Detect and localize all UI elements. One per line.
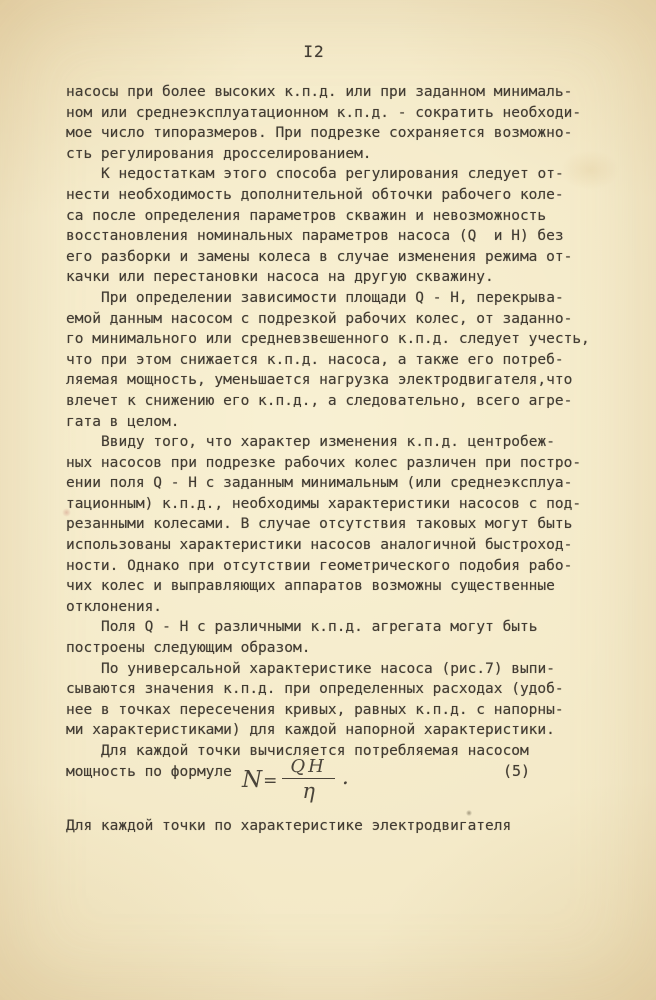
text-line: насосы при более высоких к.п.д. или при … (66, 82, 590, 103)
text-line: ении поля Q - Н с заданным минимальным (… (66, 473, 590, 494)
text-line: качки или перестановки насоса на другую … (66, 267, 590, 288)
text-line: использованы характеристики насосов анал… (66, 535, 590, 556)
text-line: гата в целом. (66, 412, 590, 433)
paragraph: Для каждой точки по характеристике элект… (66, 816, 511, 837)
text-line: его разборки и замены колеса в случае из… (66, 247, 590, 268)
paragraph: Поля Q - Н с различными к.п.д. агрегата … (66, 617, 590, 658)
text-line: са после определения параметров скважин … (66, 206, 590, 227)
text-line: сть регулирования дросселированием. (66, 144, 590, 165)
text-line: тационным) к.п.д., необходимы характерис… (66, 494, 590, 515)
equation-number: (5) (503, 762, 530, 780)
text-line: ных насосов при подрезке рабочих колес р… (66, 453, 590, 474)
text-line: При определении зависимости площади Q - … (66, 288, 590, 309)
formula-period: . (342, 765, 349, 790)
formula-fraction: QH η (282, 756, 334, 803)
paragraph: При определении зависимости площади Q - … (66, 288, 590, 432)
text-line: нее в точках пересечения кривых, равных … (66, 700, 590, 721)
text-line: емой данным насосом с подрезкой рабочих … (66, 309, 590, 330)
formula-denominator: η (302, 779, 315, 803)
paragraph: По универсальной характеристике насоса (… (66, 659, 590, 741)
text-line: мое число типоразмеров. При подрезке сох… (66, 123, 590, 144)
text-line: Поля Q - Н с различными к.п.д. агрегата … (66, 617, 590, 638)
text-line: Ввиду того, что характер изменения к.п.д… (66, 432, 590, 453)
text-line: го минимального или средневзвешенного к.… (66, 329, 590, 350)
text-line: ном или среднеэксплуатационном к.п.д. - … (66, 103, 590, 124)
text-line: ности. Однако при отсутствии геометричес… (66, 556, 590, 577)
text-line: ляемая мощность, уменьшается нагрузка эл… (66, 370, 590, 391)
formula: N = QH η . (5) (66, 756, 606, 814)
text-line: ми характеристиками) для каждой напорной… (66, 720, 590, 741)
text-line: нести необходимость дополнительной обточ… (66, 185, 590, 206)
paragraph: К недостаткам этого способа регулировани… (66, 164, 590, 288)
formula-lhs: N (242, 767, 262, 793)
text-line: чих колес и выправляющих аппаратов возмо… (66, 576, 590, 597)
text-line: Для каждой точки по характеристике элект… (66, 816, 511, 837)
text-line: К недостаткам этого способа регулировани… (66, 164, 590, 185)
text-line: резанными колесами. В случае отсутствия … (66, 514, 590, 535)
formula-expression: N = QH η . (242, 756, 349, 803)
text-line: отклонения. (66, 597, 590, 618)
page-number: I2 (0, 42, 642, 61)
text-line: сываются значения к.п.д. при определенны… (66, 679, 590, 700)
text-line: влечет к снижению его к.п.д., а следоват… (66, 391, 590, 412)
formula-numerator: QH (282, 756, 334, 779)
text-line: восстановления номинальных параметров на… (66, 226, 590, 247)
formula-equals: = (263, 771, 277, 791)
text-line: что при этом снижается к.п.д. насоса, а … (66, 350, 590, 371)
text-line: По универсальной характеристике насоса (… (66, 659, 590, 680)
body-text-after: Для каждой точки по характеристике элект… (66, 816, 511, 837)
text-line: построены следующим образом. (66, 638, 590, 659)
scanned-page: I2 насосы при более высоких к.п.д. или п… (0, 0, 656, 1000)
paragraph: насосы при более высоких к.п.д. или при … (66, 82, 590, 164)
body-text: насосы при более высоких к.п.д. или при … (66, 82, 590, 782)
paragraph: Ввиду того, что характер изменения к.п.д… (66, 432, 590, 617)
